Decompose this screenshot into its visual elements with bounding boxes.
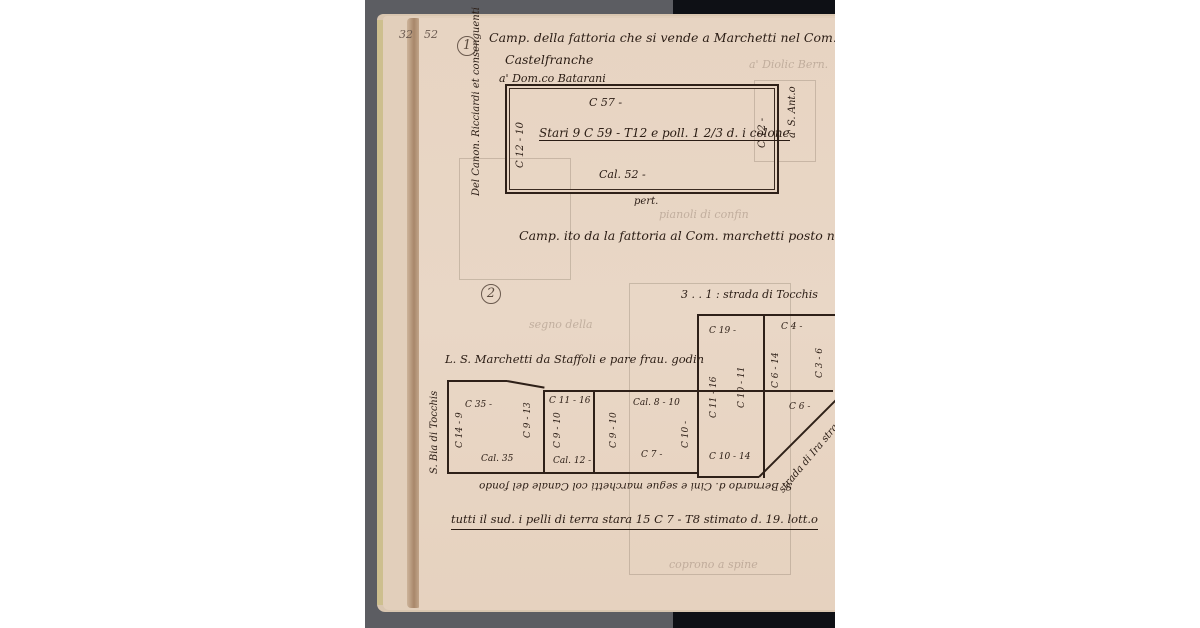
bleed-through-text: a' Diolic Bern. xyxy=(749,58,828,71)
cell-label: Cal. 12 - xyxy=(553,456,591,466)
plot-line xyxy=(447,380,507,382)
cell-label: C 10 - 11 xyxy=(737,367,747,408)
new-page-number: 52 xyxy=(424,28,438,41)
cell-label: C 35 - xyxy=(465,400,492,410)
section1-title-line2: Castelfranche xyxy=(505,52,593,67)
road-label: 3 . . 1 : strada di Tocchis xyxy=(681,288,818,301)
plot-line xyxy=(507,380,545,389)
cell-label: C 11 - 16 xyxy=(549,396,590,406)
neighbor-label-bottom: S. Bernardo d. Cini e segue marchetti co… xyxy=(479,480,792,492)
plot-line xyxy=(447,472,697,474)
plot-neighbor: a' S. Ant.o xyxy=(787,86,798,138)
cell-label: C 6 - 14 xyxy=(771,352,781,388)
cell-label: C 3 - 6 xyxy=(815,348,825,378)
cell-label: C 6 - xyxy=(789,402,810,412)
plot-line xyxy=(543,390,833,392)
section1-title-line1: Camp. della fattoria che si vende a Marc… xyxy=(489,30,835,45)
manuscript-page: 32 52 a' Diolic Bern. pianoli di confin … xyxy=(419,18,835,610)
plot-line xyxy=(697,314,835,316)
total-summary: tutti il sud. i pelli di terra stara 15 … xyxy=(451,512,818,530)
manuscript-scan: 32 52 a' Diolic Bern. pianoli di confin … xyxy=(365,0,835,628)
neighbor-label-side: S. Bia di Tocchis xyxy=(429,391,440,474)
cell-label: Cal. 35 xyxy=(481,454,513,464)
cell-label: C 9 - 10 xyxy=(609,412,619,448)
cell-label: C 7 - xyxy=(641,450,662,460)
plot-label: Cal. 52 - xyxy=(599,168,646,181)
cell-label: C 14 - 9 xyxy=(455,412,465,448)
section-marker-2: 2 xyxy=(481,284,501,304)
section2-title: Camp. ito da la fattoria al Com. marchet… xyxy=(519,228,835,243)
plot-label: C 57 - xyxy=(589,96,622,109)
scan-background xyxy=(673,610,835,628)
cell-label: C 9 - 13 xyxy=(523,402,533,438)
plot-line xyxy=(697,314,699,478)
cell-label: C 11 - 16 xyxy=(709,377,719,418)
old-page-number: 32 xyxy=(399,28,413,41)
bleed-through-text: pianoli di confin xyxy=(659,208,749,221)
plot-note: pert. xyxy=(634,196,658,207)
cell-label: C 10 - xyxy=(681,421,691,448)
plot-line xyxy=(447,382,449,474)
cell-label: C 10 - 14 xyxy=(709,452,750,462)
cell-label: Cal. 8 - 10 xyxy=(633,398,680,408)
cell-label: C 9 - 10 xyxy=(553,412,563,448)
bleed-through-text: segno della xyxy=(529,318,593,331)
plot-line xyxy=(763,314,765,478)
plot-line xyxy=(593,392,595,472)
plot-line xyxy=(543,392,545,474)
plot-label: C 12 - xyxy=(757,118,768,148)
side-note: Del Canon. Ricciardi et consenguenti xyxy=(471,7,482,196)
cell-label: C 4 - xyxy=(781,322,802,332)
neighbor-label-left: L. S. Marchetti da Staffoli e pare frau.… xyxy=(445,352,704,366)
plot-area-total: Stari 9 C 59 - T12 e poll. 1 2/3 d. i co… xyxy=(539,126,790,141)
plot-label: C 12 - 10 xyxy=(515,122,526,168)
bleed-through-text: coprono a spine xyxy=(669,558,758,571)
plot-line xyxy=(697,476,759,478)
cell-label: C 19 - xyxy=(709,326,736,336)
